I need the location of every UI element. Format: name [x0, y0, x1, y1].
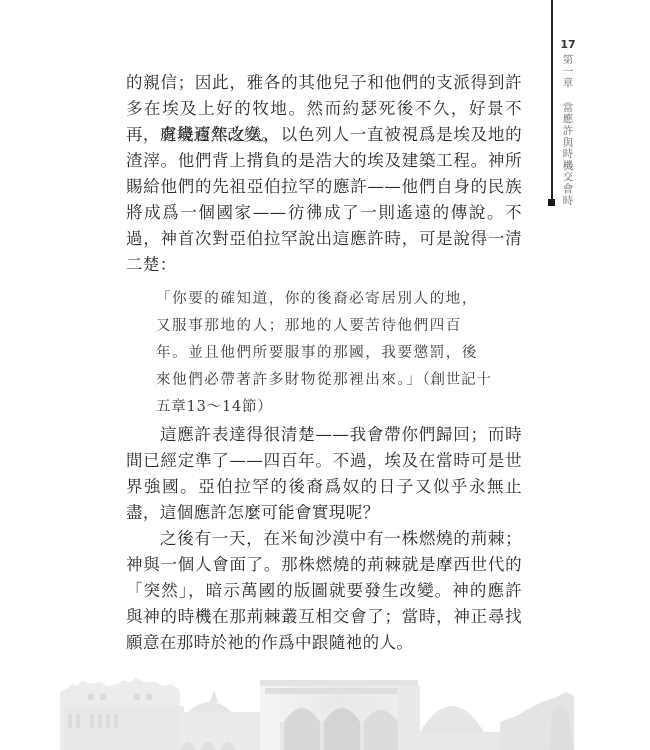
paragraph-3: 這應許表達得很清楚——我會帶你們歸回；而時間已經定準了——四百年。不過，埃及在當… — [126, 422, 522, 526]
paragraph-2: 有幾百年之久，以色列人一直被視爲是埃及地的渣滓。他們背上揹負的是浩大的埃及建築工… — [126, 122, 522, 278]
paragraph-4-block: 之後有一天，在米甸沙漠中有一株燃燒的荊棘；神與一個人會面了。那株燃燒的荊棘就是摩… — [126, 526, 522, 656]
paragraph-4: 之後有一天，在米甸沙漠中有一株燃燒的荊棘；神與一個人會面了。那株燃燒的荊棘就是摩… — [126, 526, 522, 656]
running-header: 17 第一章 當應許與時機交會時 — [560, 38, 576, 207]
paragraph-2-block: 有幾百年之久，以色列人一直被視爲是埃及地的渣滓。他們背上揹負的是浩大的埃及建築工… — [126, 122, 522, 278]
chapter-label: 第一章 — [562, 55, 574, 90]
chapter-title: 當應許與時機交會時 — [562, 103, 574, 207]
page-number: 17 — [560, 38, 576, 52]
paragraph-3-block: 這應許表達得很清楚——我會帶你們歸回；而時間已經定準了——四百年。不過，埃及在當… — [126, 422, 522, 526]
header-gap — [560, 90, 576, 103]
architecture-illustration — [60, 672, 595, 750]
book-page: 17 第一章 當應許與時機交會時 的親信；因此，雅各的其他兒子和他們的支派得到許… — [0, 0, 650, 750]
scripture-quote: 「你要的確知道，你的後裔必寄居別人的地，又服事那地的人；那地的人要苦待他們四百年… — [156, 286, 492, 421]
header-rule — [551, 0, 553, 203]
header-rule-end-square — [548, 199, 555, 206]
